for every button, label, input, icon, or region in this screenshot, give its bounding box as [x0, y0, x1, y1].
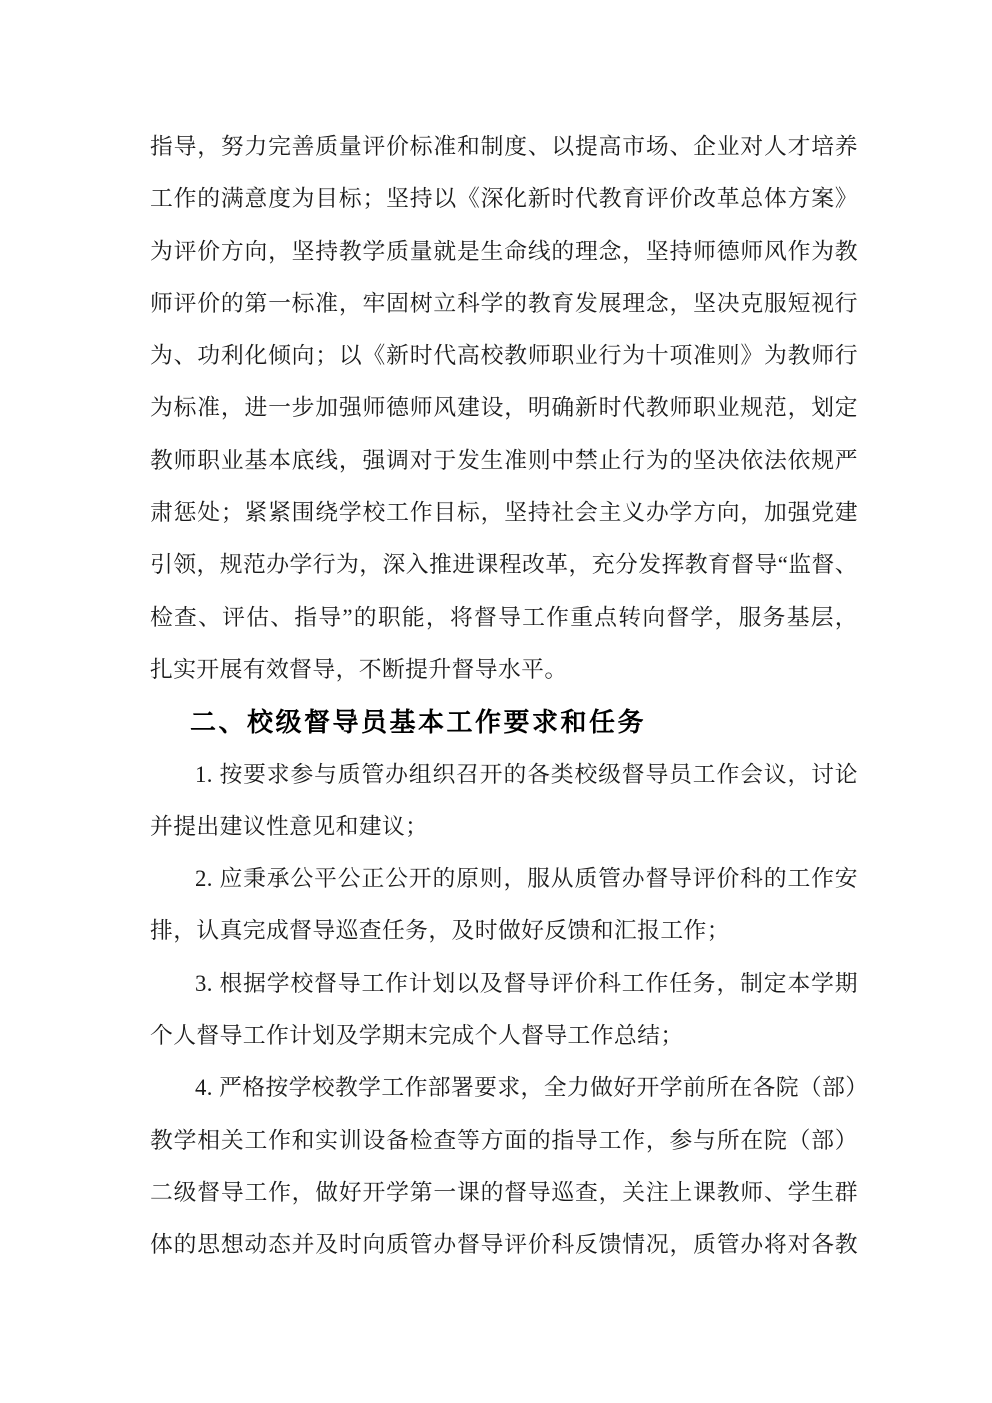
text-line: 1. 按要求参与质管办组织召开的各类校级督导员工作会议，讨论 — [150, 749, 858, 801]
text-line: 工作的满意度为目标；坚持以《深化新时代教育评价改革总体方案》 — [150, 173, 858, 225]
document-page: 指导，努力完善质量评价标准和制度、以提高市场、企业对人才培养工作的满意度为目标；… — [0, 0, 992, 1403]
section-heading: 二、校级督导员基本工作要求和任务 — [150, 696, 858, 748]
text-line: 肃惩处；紧紧围绕学校工作目标，坚持社会主义办学方向，加强党建 — [150, 487, 858, 539]
text-line: 为标准，进一步加强师德师风建设，明确新时代教师职业规范，划定 — [150, 382, 858, 434]
text-line: 引领，规范办学行为，深入推进课程改革，充分发挥教育督导“监督、 — [150, 539, 858, 591]
text-line: 为、功利化倾向；以《新时代高校教师职业行为十项准则》为教师行 — [150, 330, 858, 382]
text-line: 个人督导工作计划及学期末完成个人督导工作总结； — [150, 1010, 858, 1062]
text-line: 扎实开展有效督导，不断提升督导水平。 — [150, 644, 858, 696]
text-line: 体的思想动态并及时向质管办督导评价科反馈情况，质管办将对各教 — [150, 1219, 858, 1271]
text-line: 指导，努力完善质量评价标准和制度、以提高市场、企业对人才培养 — [150, 121, 858, 173]
text-column: 指导，努力完善质量评价标准和制度、以提高市场、企业对人才培养工作的满意度为目标；… — [150, 121, 858, 1272]
text-line: 4. 严格按学校教学工作部署要求，全力做好开学前所在各院（部） — [150, 1062, 858, 1114]
text-line: 检查、评估、指导”的职能，将督导工作重点转向督学，服务基层， — [150, 592, 858, 644]
text-line: 教学相关工作和实训设备检查等方面的指导工作，参与所在院（部） — [150, 1115, 858, 1167]
text-line: 为评价方向，坚持教学质量就是生命线的理念，坚持师德师风作为教 — [150, 226, 858, 278]
text-line: 教师职业基本底线，强调对于发生准则中禁止行为的坚决依法依规严 — [150, 435, 858, 487]
text-line: 师评价的第一标准，牢固树立科学的教育发展理念，坚决克服短视行 — [150, 278, 858, 330]
text-line: 并提出建议性意见和建议； — [150, 801, 858, 853]
text-line: 2. 应秉承公平公正公开的原则，服从质管办督导评价科的工作安 — [150, 853, 858, 905]
text-line: 排，认真完成督导巡查任务，及时做好反馈和汇报工作； — [150, 905, 858, 957]
text-line: 3. 根据学校督导工作计划以及督导评价科工作任务，制定本学期 — [150, 958, 858, 1010]
text-line: 二级督导工作，做好开学第一课的督导巡查，关注上课教师、学生群 — [150, 1167, 858, 1219]
